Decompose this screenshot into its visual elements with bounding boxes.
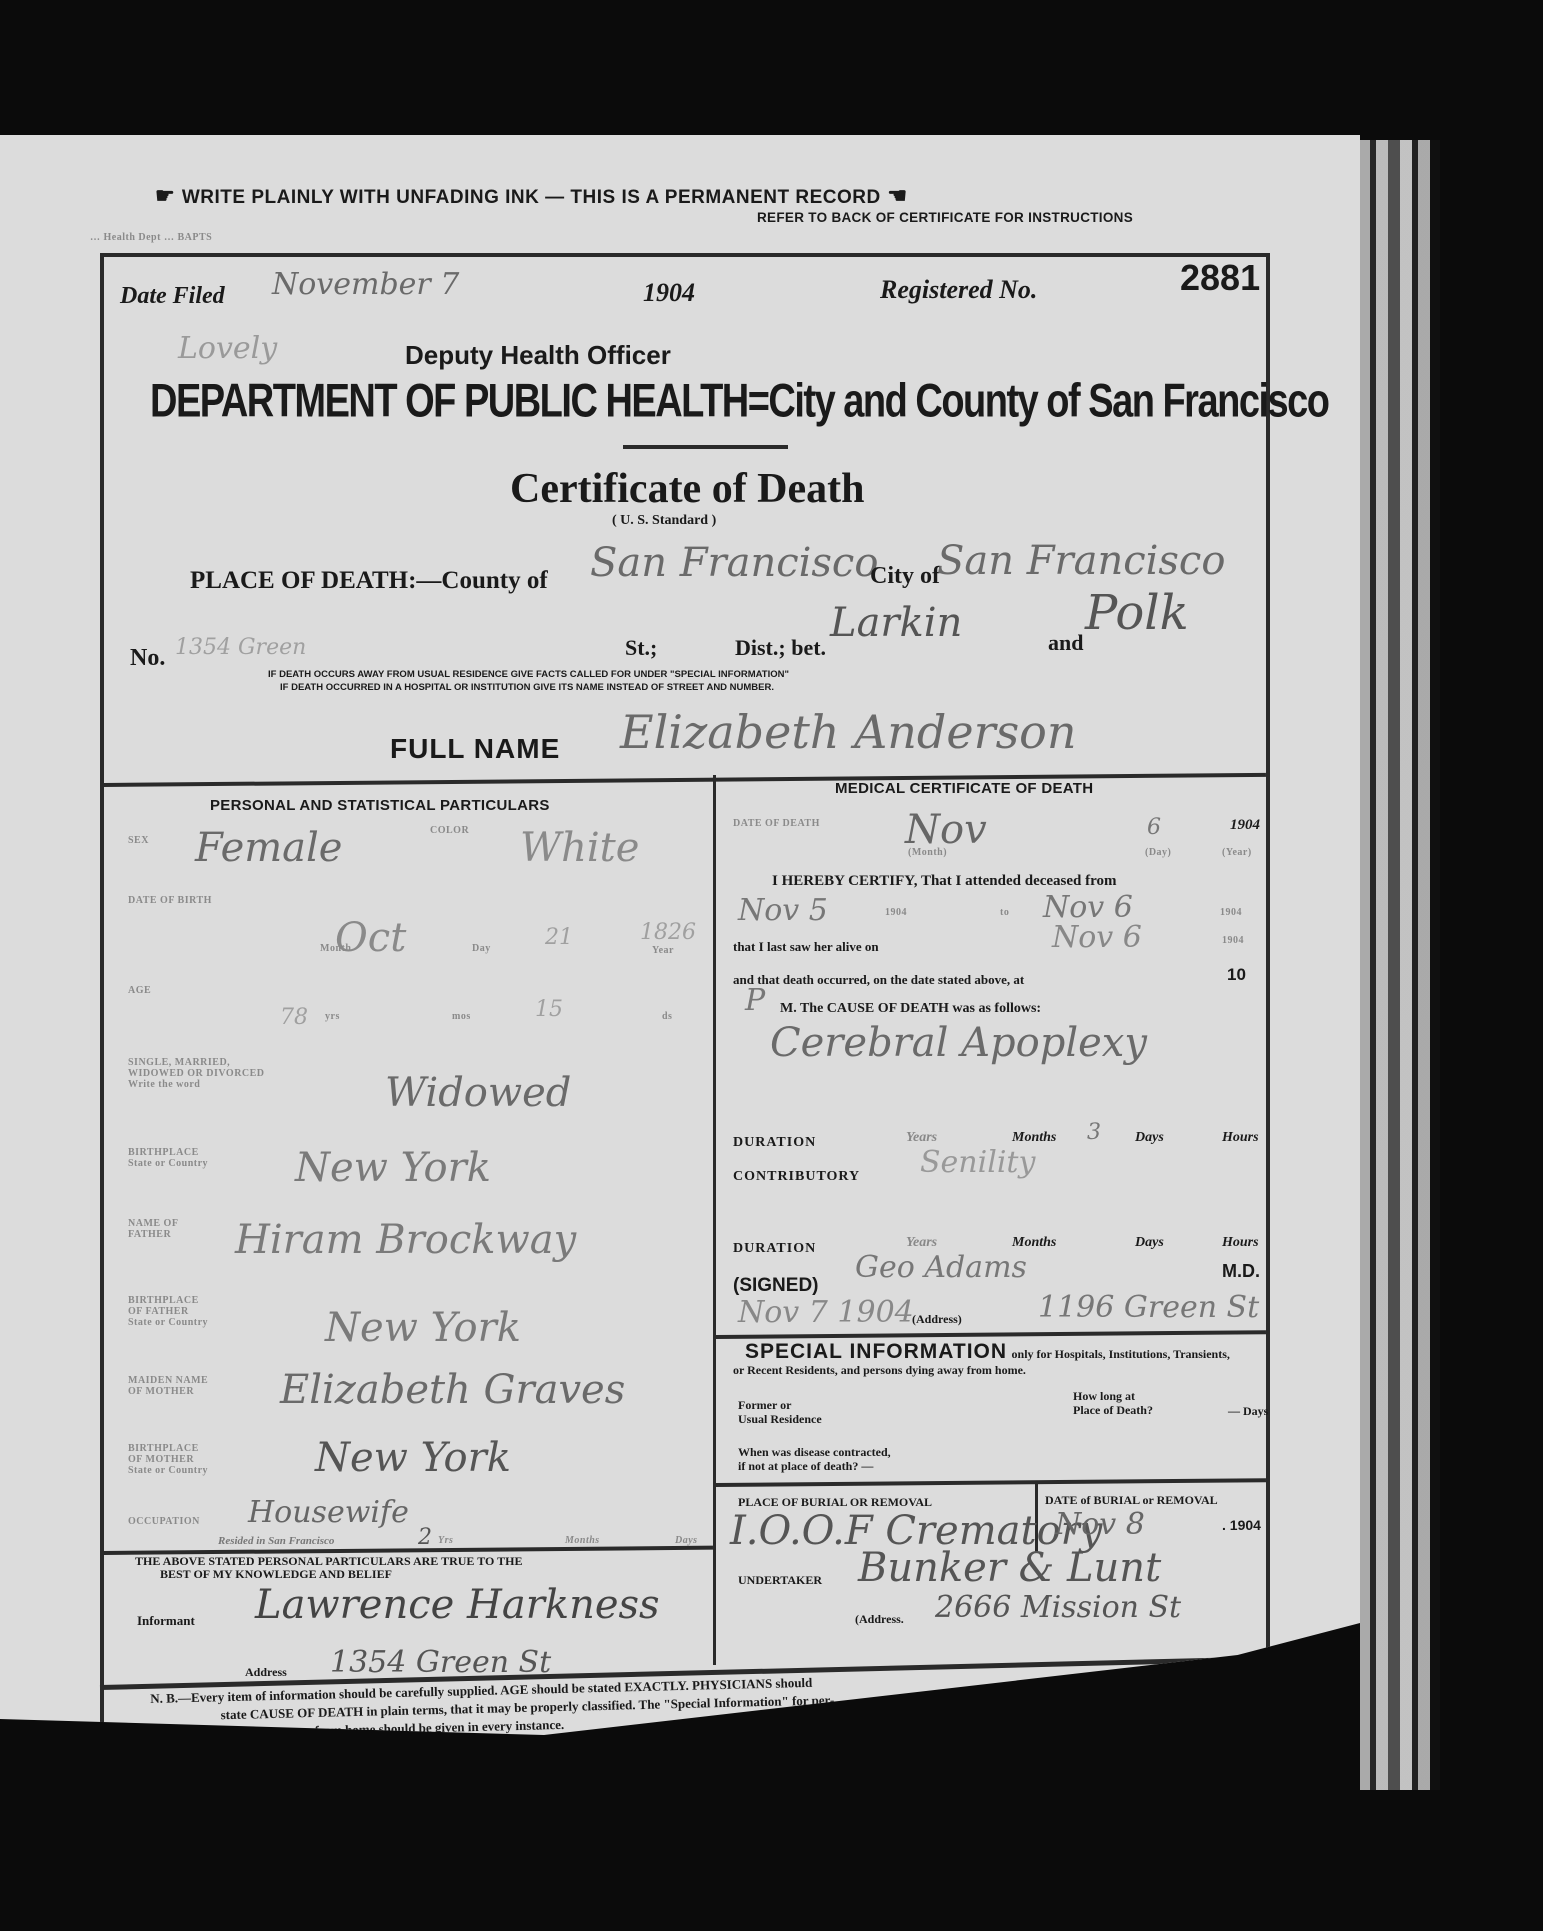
cause-of-death: Cerebral Apoplexy — [770, 1020, 1147, 1066]
last-saw-date: Nov 6 — [1052, 920, 1142, 955]
frame-right — [1266, 253, 1270, 1783]
last-saw-text: that I last saw her alive on — [733, 939, 879, 955]
disease-contracted-label: When was disease contracted, if not at p… — [738, 1445, 891, 1473]
informant-label: Informant — [137, 1613, 195, 1629]
duration-2-label: DURATION — [733, 1241, 816, 1257]
dod-day: 6 — [1147, 815, 1161, 840]
personal-heading: PERSONAL AND STATISTICAL PARTICULARS — [210, 797, 550, 814]
sex-label: SEX — [128, 835, 149, 846]
duration-2-months-label: Months — [1012, 1235, 1056, 1251]
duration-days: 3 — [1087, 1120, 1101, 1145]
frame-top — [100, 253, 1270, 257]
title-divider — [623, 445, 788, 449]
informant-value: Lawrence Harkness — [255, 1582, 660, 1628]
resided-months-label: Months — [565, 1535, 600, 1546]
signed-date: Nov 7 1904 — [738, 1295, 914, 1330]
resided-days-label: Days — [675, 1535, 698, 1546]
time-suffix: P — [745, 983, 765, 1018]
resided-years-label: Yrs — [438, 1535, 453, 1546]
street-no-label: No. — [130, 645, 165, 672]
burial-divider — [716, 1478, 1266, 1487]
street-label: St.; — [625, 635, 657, 661]
column-divider — [713, 775, 716, 1665]
city-label: City of — [870, 563, 940, 590]
marital-label: SINGLE, MARRIED, WIDOWED OR DIVORCED Wri… — [128, 1057, 265, 1090]
dob-label: DATE OF BIRTH — [128, 895, 212, 906]
deputy-health-officer-label: Deputy Health Officer — [405, 340, 671, 371]
informant-address-label: Address — [245, 1665, 287, 1680]
how-long-days-label: — Days — [1228, 1404, 1268, 1419]
dod-month-label: (Month) — [908, 847, 947, 858]
certificate-subtitle: ( U. S. Standard ) — [612, 513, 716, 529]
undertaker-address-label: (Address. — [855, 1612, 904, 1627]
dod-label: DATE OF DEATH — [733, 818, 820, 829]
duration-2-years-label: Years — [906, 1235, 937, 1251]
physician-signature: Geo Adams — [855, 1250, 1027, 1285]
duration-months-label: Months — [1012, 1130, 1056, 1146]
time-of-death: 10 — [1227, 965, 1246, 985]
certificate-page: ☛ WRITE PLAINLY WITH UNFADING INK — THIS… — [0, 135, 1360, 1735]
cause-text: M. The CAUSE OF DEATH was as follows: — [780, 1001, 1041, 1017]
place-of-death-label: PLACE OF DEATH:—County of — [190, 567, 548, 595]
city-value: San Francisco — [937, 538, 1225, 584]
certify-text: I HEREBY CERTIFY, That I attended deceas… — [772, 873, 1117, 890]
dob-month: Oct — [335, 915, 406, 961]
duration-years-label: Years — [906, 1130, 937, 1146]
burial-date-label: DATE of BURIAL or REMOVAL — [1045, 1493, 1218, 1508]
duration-label: DURATION — [733, 1135, 816, 1151]
father-birthplace-value: New York — [325, 1305, 521, 1351]
occupation-value: Housewife — [248, 1495, 409, 1530]
frame-left — [100, 253, 104, 1733]
resided-years: 2 — [418, 1525, 432, 1550]
former-residence-label: Former or Usual Residence — [738, 1398, 822, 1426]
birthplace-value: New York — [295, 1145, 491, 1191]
occurred-text: and that death occurred, on the date sta… — [733, 972, 1024, 988]
mother-name-label: MAIDEN NAME OF MOTHER — [128, 1375, 208, 1397]
date-filed-value: November 7 — [272, 267, 459, 302]
burial-year: . 1904 — [1222, 1517, 1261, 1533]
undertaker-value: Bunker & Lunt — [858, 1545, 1161, 1591]
how-long-label: How long at Place of Death? — [1073, 1389, 1153, 1417]
county-value: San Francisco — [590, 540, 878, 586]
age-years: 78 — [280, 1005, 308, 1030]
age-days: 15 — [535, 997, 563, 1022]
attestation-text: THE ABOVE STATED PERSONAL PARTICULARS AR… — [135, 1555, 522, 1581]
dod-day-label: (Day) — [1145, 847, 1171, 858]
date-filed-label: Date Filed — [120, 283, 225, 310]
and-label: and — [1048, 630, 1083, 656]
father-birthplace-label: BIRTHPLACE OF FATHER State or Country — [128, 1295, 208, 1328]
banner-text: WRITE PLAINLY WITH UNFADING INK — THIS I… — [182, 187, 881, 208]
pointing-hand-icon: ☚ — [881, 183, 908, 208]
dist-label: Dist.; bet. — [735, 635, 826, 661]
dob-year: 1826 — [640, 920, 696, 945]
occupation-label: OCCUPATION — [128, 1516, 200, 1527]
dob-day-label: Day — [472, 943, 491, 954]
burial-date-value: Nov 8 — [1055, 1507, 1145, 1542]
color-value: White — [520, 825, 639, 871]
residence-note-2: IF DEATH OCCURRED IN A HOSPITAL OR INSTI… — [280, 682, 774, 693]
age-days-label: ds — [662, 1011, 672, 1022]
dod-year: 1904 — [1230, 817, 1260, 834]
attend-to-year: 1904 — [1220, 907, 1242, 918]
mother-name-value: Elizabeth Graves — [280, 1367, 625, 1413]
refer-instructions: REFER TO BACK OF CERTIFICATE FOR INSTRUC… — [757, 210, 1133, 225]
duration-2-days-label: Days — [1135, 1235, 1164, 1251]
contributory-value: Senility — [920, 1145, 1035, 1180]
age-years-label: yrs — [325, 1011, 340, 1022]
father-name-label: NAME OF FATHER — [128, 1218, 178, 1240]
special-heading: SPECIAL INFORMATION only for Hospitals, … — [745, 1340, 1230, 1364]
attend-from: Nov 5 — [738, 893, 828, 928]
dob-year-label: Year — [652, 945, 674, 956]
undertaker-label: UNDERTAKER — [738, 1573, 822, 1588]
mother-birthplace-value: New York — [315, 1435, 511, 1481]
dod-year-label: (Year) — [1222, 847, 1252, 858]
mother-birthplace-label: BIRTHPLACE OF MOTHER State or Country — [128, 1443, 208, 1476]
md-label: M.D. — [1222, 1261, 1260, 1282]
contributory-label: CONTRIBUTORY — [733, 1169, 860, 1185]
birthplace-label: BIRTHPLACE State or Country — [128, 1147, 208, 1169]
age-months-label: mos — [452, 1011, 471, 1022]
registered-number: 2881 — [1180, 257, 1260, 299]
physician-address-label: (Address) — [912, 1312, 962, 1327]
sex-value: Female — [195, 825, 342, 871]
dob-day: 21 — [545, 925, 573, 950]
pointing-hand-icon: ☛ — [155, 183, 182, 208]
to-label: to — [1000, 907, 1009, 918]
deputy-signature: Lovely — [178, 331, 277, 366]
dob-month-label: Month — [320, 943, 351, 954]
age-label: AGE — [128, 985, 151, 996]
duration-2-hours-label: Hours — [1222, 1235, 1259, 1251]
between-street-2: Polk — [1085, 585, 1189, 641]
special-heading-line2: or Recent Residents, and persons dying a… — [733, 1363, 1026, 1378]
street-no-value: 1354 Green — [175, 635, 306, 660]
special-divider — [716, 1330, 1266, 1339]
duration-days-label: Days — [1135, 1130, 1164, 1146]
between-street-1: Larkin — [830, 600, 962, 646]
last-saw-year: 1904 — [1222, 935, 1244, 946]
resided-label: Resided in San Francisco — [218, 1535, 334, 1547]
signed-label: (SIGNED) — [733, 1275, 819, 1297]
date-filed-year: 1904 — [643, 278, 695, 308]
department-title: DEPARTMENT OF PUBLIC HEALTH=City and Cou… — [150, 375, 1329, 429]
undertaker-address-value: 2666 Mission St — [935, 1590, 1181, 1625]
certificate-title: Certificate of Death — [510, 465, 865, 513]
book-binding-edge — [1360, 140, 1440, 1790]
header-banner: ☛ WRITE PLAINLY WITH UNFADING INK — THIS… — [155, 183, 908, 209]
full-name-value: Elizabeth Anderson — [620, 705, 1077, 759]
registered-label: Registered No. — [880, 275, 1037, 305]
full-name-label: FULL NAME — [390, 733, 560, 765]
stamp-text: … Health Dept … BAPTS — [90, 227, 212, 245]
residence-note-1: IF DEATH OCCURS AWAY FROM USUAL RESIDENC… — [268, 669, 789, 680]
attend-from-year: 1904 — [885, 907, 907, 918]
duration-hours-label: Hours — [1222, 1130, 1259, 1146]
medical-heading: MEDICAL CERTIFICATE OF DEATH — [835, 780, 1093, 797]
marital-value: Widowed — [385, 1070, 571, 1116]
physician-address-value: 1196 Green St — [1038, 1290, 1259, 1325]
father-name-value: Hiram Brockway — [235, 1217, 576, 1263]
color-label: COLOR — [430, 825, 469, 836]
